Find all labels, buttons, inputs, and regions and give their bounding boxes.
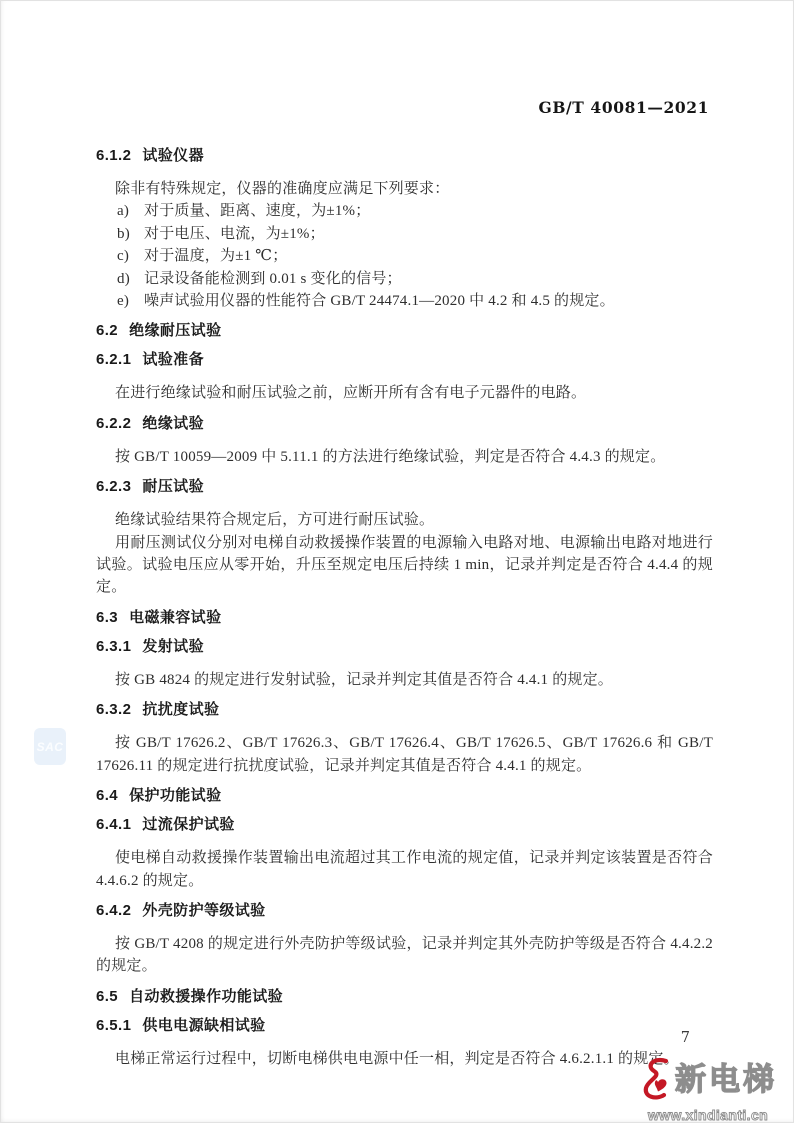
section-number: 6.3.1 (96, 636, 131, 657)
heading-6-2-1: 6.2.1 试验准备 (96, 349, 713, 370)
section-title: 发射试验 (142, 636, 204, 657)
heading-6-3: 6.3 电磁兼容试验 (96, 607, 713, 628)
document-page: GB/T 40081—2021 SAC 6.1.2 试验仪器 除非有特殊规定，仪… (0, 0, 794, 1123)
section-number: 6.2 (96, 320, 118, 341)
section-title: 电磁兼容试验 (129, 607, 221, 628)
list-marker: c) (117, 245, 144, 267)
document-content: 6.1.2 试验仪器 除非有特殊规定，仪器的准确度应满足下列要求： a) 对于质… (96, 145, 713, 1070)
section-number: 6.2.3 (96, 476, 131, 497)
heading-6-5-1: 6.5.1 供电电源缺相试验 (96, 1015, 713, 1036)
xindianti-logo-icon (639, 1056, 673, 1105)
section-title: 绝缘耐压试验 (129, 320, 221, 341)
section-title: 过流保护试验 (142, 814, 234, 835)
paragraph: 用耐压测试仪分别对电梯自动救援操作装置的电源输入电路对地、电源输出电路对地进行试… (96, 532, 713, 599)
section-number: 6.3.2 (96, 699, 131, 720)
standard-number: GB/T 40081—2021 (539, 98, 710, 117)
list-marker: e) (117, 290, 144, 312)
heading-6-2-2: 6.2.2 绝缘试验 (96, 413, 713, 434)
section-title: 供电电源缺相试验 (142, 1015, 265, 1036)
list-text: 对于质量、距离、速度，为±1%； (144, 200, 713, 222)
paragraph: 按 GB 4824 的规定进行发射试验，记录并判定其值是否符合 4.4.1 的规… (96, 669, 713, 691)
paragraph: 在进行绝缘试验和耐压试验之前，应断开所有含有电子元器件的电路。 (96, 382, 713, 404)
section-number: 6.3 (96, 607, 118, 628)
section-title: 试验仪器 (142, 145, 204, 166)
heading-6-5: 6.5 自动救援操作功能试验 (96, 986, 713, 1007)
paragraph: 电梯正常运行过程中，切断电梯供电电源中任一相，判定是否符合 4.6.2.1.1 … (96, 1048, 713, 1070)
list-marker: d) (117, 268, 144, 290)
list-text: 对于温度，为±1 ℃； (144, 245, 713, 267)
heading-6-2: 6.2 绝缘耐压试验 (96, 320, 713, 341)
list-text: 记录设备能检测到 0.01 s 变化的信号； (144, 268, 713, 290)
section-title: 绝缘试验 (142, 413, 204, 434)
list-text: 对于电压、电流，为±1%； (144, 223, 713, 245)
requirement-list: a) 对于质量、距离、速度，为±1%； b) 对于电压、电流，为±1%； c) … (96, 200, 713, 312)
paragraph: 按 GB/T 17626.2、GB/T 17626.3、GB/T 17626.4… (96, 732, 713, 777)
xindianti-logo: 新电梯 www.xindianti.cn (639, 1056, 777, 1123)
heading-6-1-2: 6.1.2 试验仪器 (96, 145, 713, 166)
section-title: 自动救援操作功能试验 (129, 986, 283, 1007)
paragraph: 使电梯自动救援操作装置输出电流超过其工作电流的规定值，记录并判定该装置是否符合 … (96, 847, 713, 892)
paragraph: 按 GB/T 10059—2009 中 5.11.1 的方法进行绝缘试验，判定是… (96, 446, 713, 468)
list-item: c) 对于温度，为±1 ℃； (96, 245, 713, 267)
section-number: 6.4 (96, 785, 118, 806)
list-item: d) 记录设备能检测到 0.01 s 变化的信号； (96, 268, 713, 290)
xindianti-brand-text: 新电梯 (675, 1063, 777, 1097)
paragraph: 按 GB/T 4208 的规定进行外壳防护等级试验，记录并判定其外壳防护等级是否… (96, 933, 713, 978)
section-number: 6.5.1 (96, 1015, 131, 1036)
section-title: 耐压试验 (142, 476, 204, 497)
section-number: 6.4.2 (96, 900, 131, 921)
heading-6-2-3: 6.2.3 耐压试验 (96, 476, 713, 497)
section-title: 保护功能试验 (129, 785, 221, 806)
sac-watermark: SAC (34, 728, 66, 765)
section-number: 6.1.2 (96, 145, 131, 166)
xindianti-website-text: www.xindianti.cn (639, 1107, 777, 1123)
list-item: e) 噪声试验用仪器的性能符合 GB/T 24474.1—2020 中 4.2 … (96, 290, 713, 312)
section-number: 6.4.1 (96, 814, 131, 835)
section-number: 6.5 (96, 986, 118, 1007)
heading-6-4-1: 6.4.1 过流保护试验 (96, 814, 713, 835)
heading-6-4: 6.4 保护功能试验 (96, 785, 713, 806)
section-title: 外壳防护等级试验 (142, 900, 265, 921)
list-marker: b) (117, 223, 144, 245)
sac-watermark-label: SAC (37, 740, 64, 754)
section-number: 6.2.2 (96, 413, 131, 434)
heading-6-3-2: 6.3.2 抗扰度试验 (96, 699, 713, 720)
list-marker: a) (117, 200, 144, 222)
section-title: 试验准备 (142, 349, 204, 370)
paragraph: 绝缘试验结果符合规定后，方可进行耐压试验。 (96, 509, 713, 531)
list-item: a) 对于质量、距离、速度，为±1%； (96, 200, 713, 222)
list-text: 噪声试验用仪器的性能符合 GB/T 24474.1—2020 中 4.2 和 4… (144, 290, 713, 312)
heading-6-3-1: 6.3.1 发射试验 (96, 636, 713, 657)
list-item: b) 对于电压、电流，为±1%； (96, 223, 713, 245)
heading-6-4-2: 6.4.2 外壳防护等级试验 (96, 900, 713, 921)
section-number: 6.2.1 (96, 349, 131, 370)
page-number: 7 (681, 1030, 690, 1046)
section-title: 抗扰度试验 (142, 699, 219, 720)
paragraph: 除非有特殊规定，仪器的准确度应满足下列要求： (96, 178, 713, 200)
xindianti-logo-row: 新电梯 (639, 1056, 777, 1105)
